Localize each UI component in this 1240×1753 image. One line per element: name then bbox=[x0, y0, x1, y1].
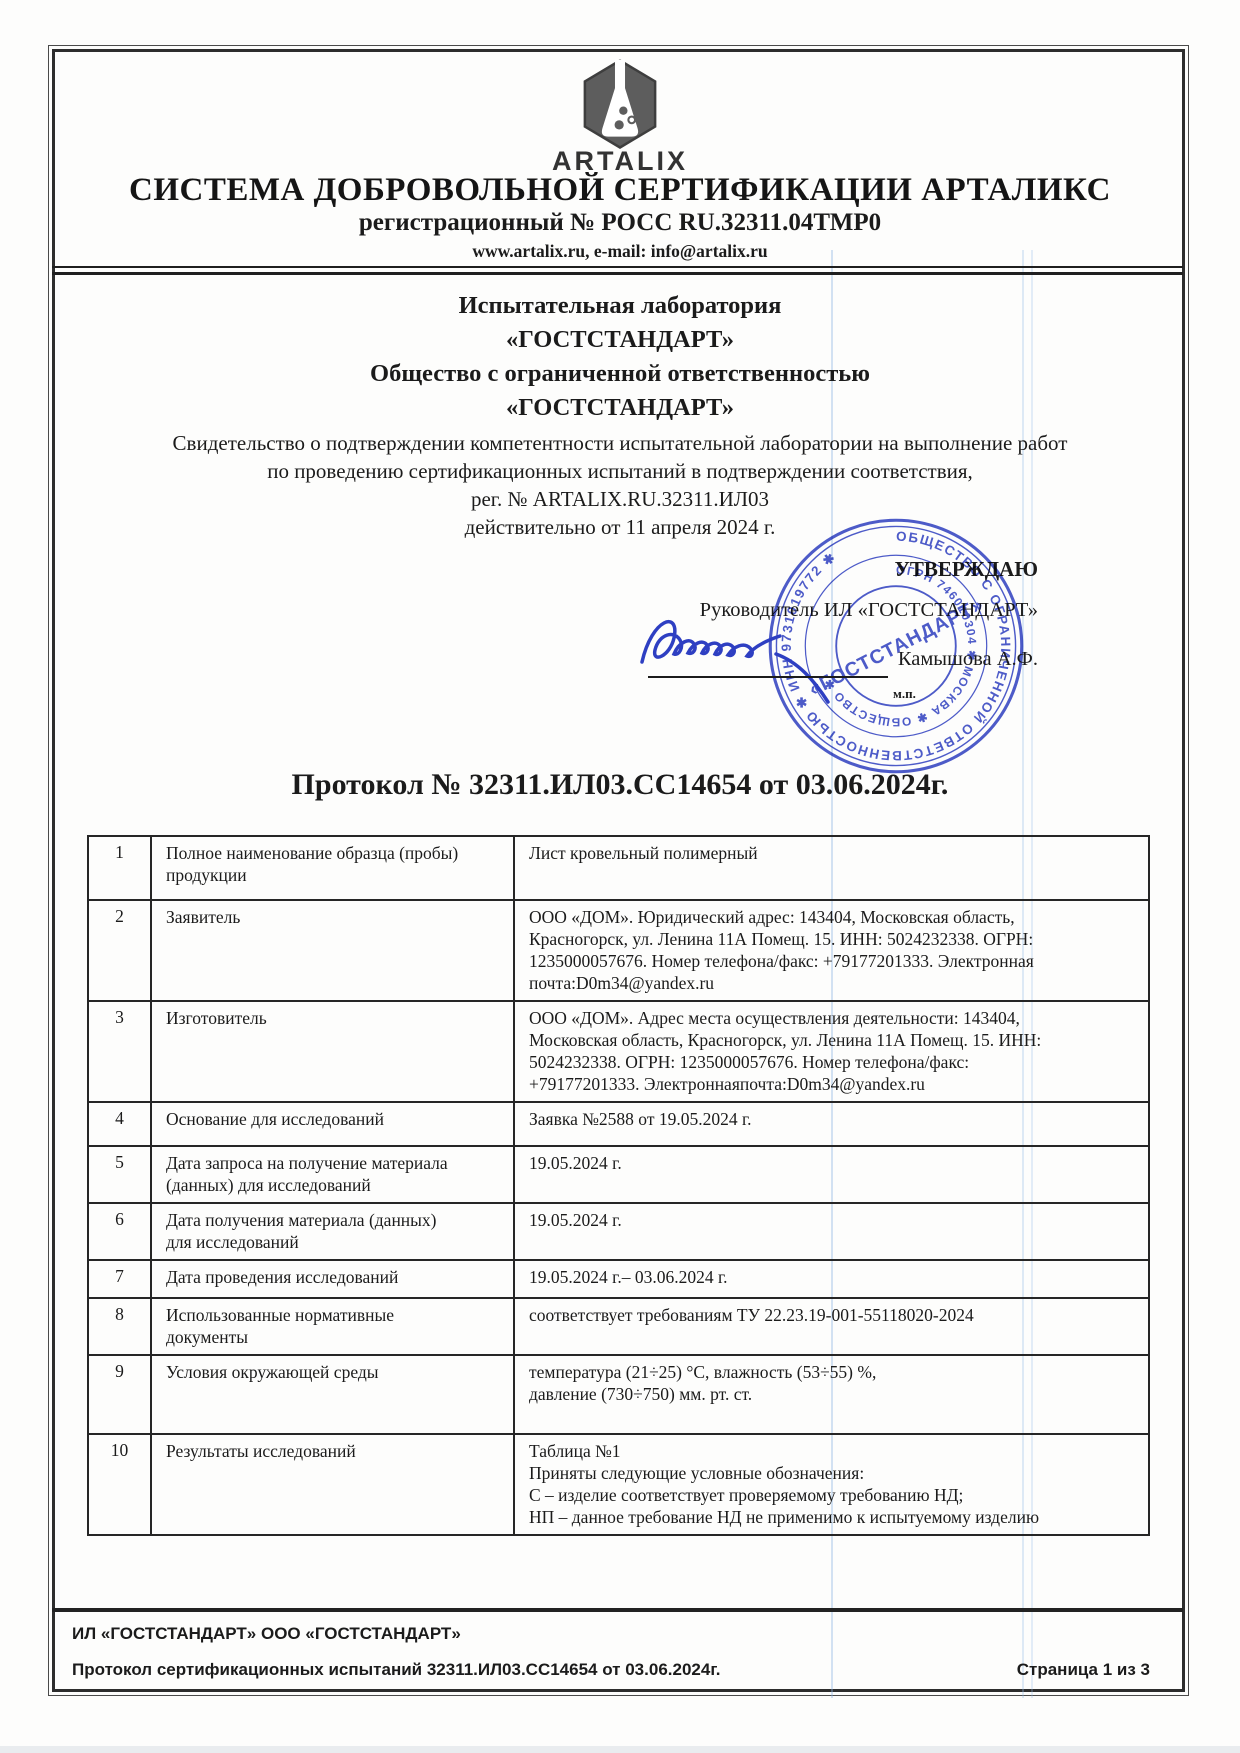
table-row: 10 Результаты исследований Таблица №1 Пр… bbox=[89, 1435, 1148, 1534]
table-row: 4 Основание для исследований Заявка №258… bbox=[89, 1103, 1148, 1147]
row-number: 2 bbox=[89, 901, 150, 1000]
page-indicator: Страница 1 из 3 bbox=[1017, 1660, 1150, 1680]
row-label: Результаты исследований bbox=[150, 1435, 513, 1534]
lab-line: Испытательная лаборатория bbox=[0, 289, 1240, 323]
row-value: 19.05.2024 г. bbox=[513, 1204, 1148, 1259]
lab-certificate-block: Свидетельство о подтверждении компетентн… bbox=[0, 429, 1240, 541]
table-row: 3 Изготовитель ООО «ДОМ». Адрес места ос… bbox=[89, 1002, 1148, 1103]
approver-name: Камышова А.Ф. bbox=[780, 648, 1038, 671]
row-value: ООО «ДОМ». Юридический адрес: 143404, Мо… bbox=[513, 901, 1148, 1000]
artalix-logo bbox=[0, 58, 1240, 155]
row-number: 6 bbox=[89, 1204, 150, 1259]
row-label: Дата проведения исследований bbox=[150, 1261, 513, 1297]
row-value: 19.05.2024 г. bbox=[513, 1147, 1148, 1202]
stamp-place-label: м.п. bbox=[893, 686, 916, 702]
row-number: 5 bbox=[89, 1147, 150, 1202]
contacts-line: www.artalix.ru, e-mail: info@artalix.ru bbox=[0, 241, 1240, 262]
row-number: 8 bbox=[89, 1299, 150, 1354]
table-row: 8 Использованные нормативные документы с… bbox=[89, 1299, 1148, 1356]
row-label: Дата получения материала (данных) для ис… bbox=[150, 1204, 513, 1259]
row-number: 3 bbox=[89, 1002, 150, 1101]
row-label: Условия окружающей среды bbox=[150, 1356, 513, 1433]
lab-line: «ГОСТСТАНДАРТ» bbox=[0, 391, 1240, 425]
row-value: температура (21÷25) °С, влажность (53÷55… bbox=[513, 1356, 1148, 1433]
row-value: Таблица №1 Приняты следующие условные об… bbox=[513, 1435, 1148, 1534]
row-number: 10 bbox=[89, 1435, 150, 1534]
row-number: 7 bbox=[89, 1261, 150, 1297]
row-value: 19.05.2024 г.– 03.06.2024 г. bbox=[513, 1261, 1148, 1297]
footer-protocol-row: Протокол сертификационных испытаний 3231… bbox=[72, 1660, 1150, 1680]
protocol-title: Протокол № 32311.ИЛ03.СС14654 от 03.06.2… bbox=[0, 768, 1240, 802]
table-row: 6 Дата получения материала (данных) для … bbox=[89, 1204, 1148, 1261]
certificate-line: рег. № ARTALIX.RU.32311.ИЛ03 bbox=[0, 485, 1240, 513]
scan-edge bbox=[0, 1746, 1240, 1753]
row-number: 9 bbox=[89, 1356, 150, 1433]
row-value: ООО «ДОМ». Адрес места осуществления дея… bbox=[513, 1002, 1148, 1101]
footer-protocol-line: Протокол сертификационных испытаний 3231… bbox=[72, 1660, 720, 1680]
row-label: Основание для исследований bbox=[150, 1103, 513, 1145]
system-title: СИСТЕМА ДОБРОВОЛЬНОЙ СЕРТИФИКАЦИИ АРТАЛИ… bbox=[0, 172, 1240, 209]
signature-line bbox=[648, 676, 888, 678]
footer-org-line: ИЛ «ГОСТСТАНДАРТ» ООО «ГОСТСТАНДАРТ» bbox=[72, 1624, 461, 1644]
certificate-line: Свидетельство о подтверждении компетентн… bbox=[0, 429, 1240, 457]
lab-line: Общество с ограниченной ответственностью bbox=[0, 357, 1240, 391]
row-label: Изготовитель bbox=[150, 1002, 513, 1101]
table-row: 9 Условия окружающей среды температура (… bbox=[89, 1356, 1148, 1435]
header-divider bbox=[52, 266, 1183, 275]
table-row: 7 Дата проведения исследований 19.05.202… bbox=[89, 1261, 1148, 1299]
certificate-line: по проведению сертификационных испытаний… bbox=[0, 457, 1240, 485]
row-number: 1 bbox=[89, 837, 150, 899]
registration-line: регистрационный № РОСС RU.32311.04ТМР0 bbox=[0, 209, 1240, 237]
hexagon-flask-icon bbox=[578, 58, 662, 150]
row-label: Дата запроса на получение материала (дан… bbox=[150, 1147, 513, 1202]
row-value: соответствует требованиям ТУ 22.23.19-00… bbox=[513, 1299, 1148, 1354]
row-label: Использованные нормативные документы bbox=[150, 1299, 513, 1354]
lab-line: «ГОСТСТАНДАРТ» bbox=[0, 323, 1240, 357]
certificate-line: действительно от 11 апреля 2024 г. bbox=[0, 513, 1240, 541]
table-row: 5 Дата запроса на получение материала (д… bbox=[89, 1147, 1148, 1204]
row-number: 4 bbox=[89, 1103, 150, 1145]
row-value: Лист кровельный полимерный bbox=[513, 837, 1148, 899]
table-row: 1 Полное наименование образца (пробы) пр… bbox=[89, 837, 1148, 901]
footer-divider bbox=[52, 1608, 1183, 1612]
lab-title-block: Испытательная лаборатория «ГОСТСТАНДАРТ»… bbox=[0, 289, 1240, 425]
protocol-table: 1 Полное наименование образца (пробы) пр… bbox=[87, 835, 1150, 1536]
certificate-page: ARTALIX СИСТЕМА ДОБРОВОЛЬНОЙ СЕРТИФИКАЦИ… bbox=[0, 0, 1240, 1753]
row-label: Заявитель bbox=[150, 901, 513, 1000]
row-value: Заявка №2588 от 19.05.2024 г. bbox=[513, 1103, 1148, 1145]
table-row: 2 Заявитель ООО «ДОМ». Юридический адрес… bbox=[89, 901, 1148, 1002]
row-label: Полное наименование образца (пробы) прод… bbox=[150, 837, 513, 899]
